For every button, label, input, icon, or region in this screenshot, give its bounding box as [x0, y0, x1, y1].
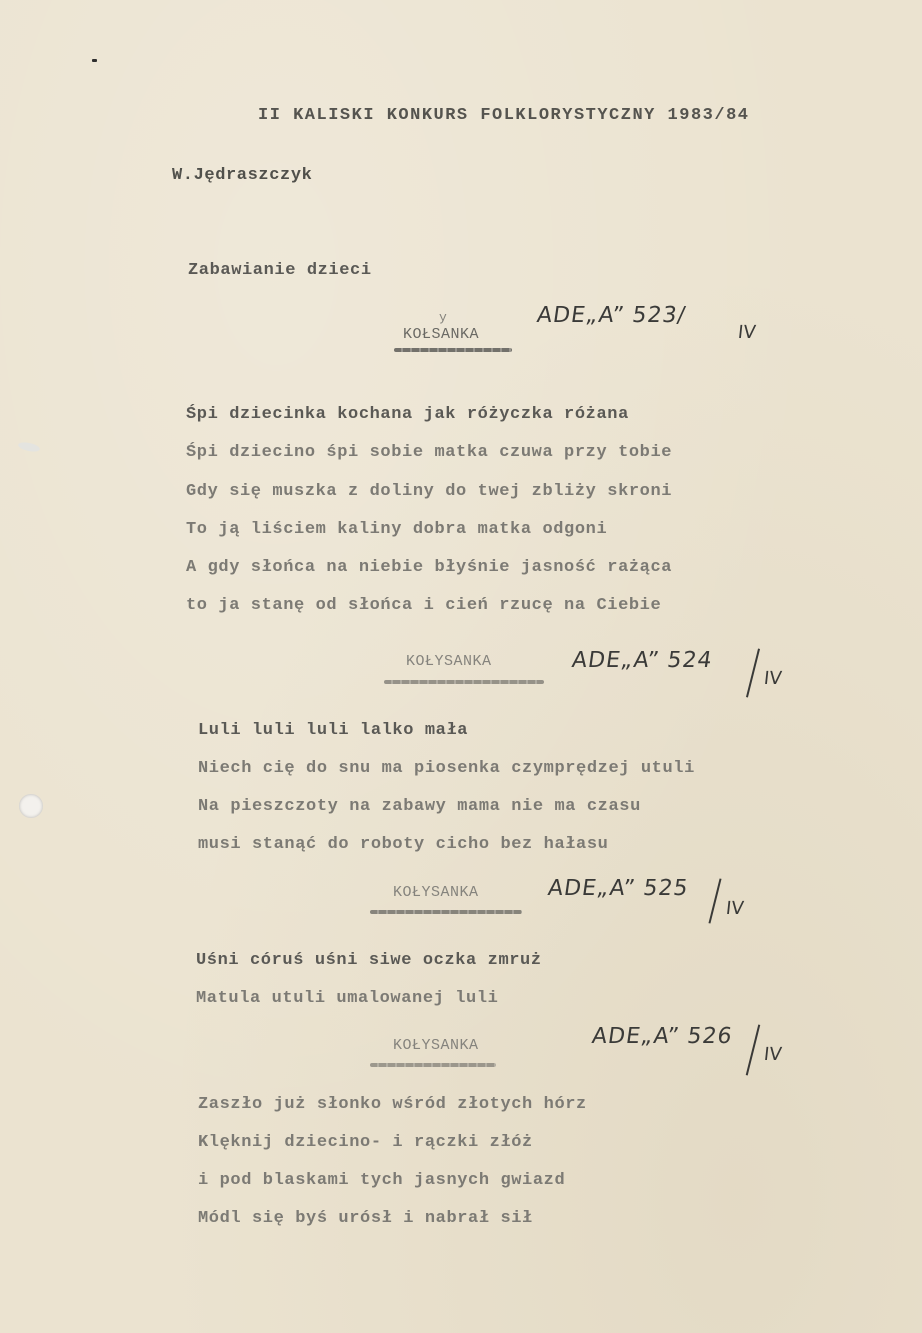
title-underline [384, 680, 544, 684]
verse-line: Śpi dziecino śpi sobie matka czuwa przy … [186, 443, 672, 462]
verse-line: Gdy się muszka z doliny do twej zbliży s… [186, 482, 672, 501]
archive-volume: IV [763, 668, 783, 689]
archive-reference: ADE„A” 523/ [535, 303, 687, 328]
verse-line: Uśni córuś uśni siwe oczka zmruż [196, 951, 542, 970]
punch-hole [19, 794, 43, 818]
title-underline [370, 910, 522, 914]
archive-volume: IV [763, 1044, 783, 1065]
verse-line: Módl się byś urósł i nabrał sił [198, 1209, 533, 1228]
verse-line: i pod blaskami tych jasnych gwiazd [198, 1171, 565, 1190]
verse-line: Niech cię do snu ma piosenka czymprędzej… [198, 759, 695, 778]
section-title: KOŁYSANKA [406, 653, 492, 670]
section-title: KOŁSANKA [403, 326, 479, 343]
verse-line: Luli luli luli lalko mała [198, 721, 468, 740]
topic-title: Zabawianie dzieci [188, 261, 372, 280]
verse-line: To ją liściem kaliny dobra matka odgoni [186, 520, 607, 539]
verse-line: Klęknij dziecino- i rączki złóż [198, 1133, 533, 1152]
verse-line: to ja stanę od słońca i cień rzucę na Ci… [186, 596, 661, 615]
verse-line: musi stanąć do roboty cicho bez hałasu [198, 835, 608, 854]
typewritten-page: II KALISKI KONKURS FOLKLORYSTYCZNY 1983/… [0, 0, 922, 1333]
verse-line: Matula utuli umalowanej luli [196, 989, 498, 1008]
author-name: W.Jędraszczyk [172, 166, 312, 185]
archive-reference: ADE„A” 525 [546, 876, 690, 901]
document-heading: II KALISKI KONKURS FOLKLORYSTYCZNY 1983/… [258, 106, 749, 125]
ink-speck [92, 59, 97, 62]
verse-line: Zaszło już słonko wśród złotych hórz [198, 1095, 587, 1114]
archive-volume: IV [725, 898, 745, 919]
paper-tear-mark [17, 441, 40, 453]
handwritten-slash [746, 649, 760, 698]
section-title: KOŁYSANKA [393, 884, 479, 901]
archive-volume: IV [737, 322, 757, 343]
title-underline [370, 1063, 496, 1067]
archive-reference: ADE„A” 526 [590, 1024, 734, 1049]
title-correction: y [439, 310, 447, 325]
handwritten-slash [708, 878, 721, 923]
handwritten-slash [746, 1025, 761, 1076]
verse-line: A gdy słońca na niebie błyśnie jasność r… [186, 558, 672, 577]
section-title: KOŁYSANKA [393, 1037, 479, 1054]
archive-reference: ADE„A” 524 [570, 648, 714, 673]
verse-line: Śpi dziecinka kochana jak różyczka różan… [186, 405, 629, 424]
verse-line: Na pieszczoty na zabawy mama nie ma czas… [198, 797, 641, 816]
title-underline [394, 348, 512, 352]
